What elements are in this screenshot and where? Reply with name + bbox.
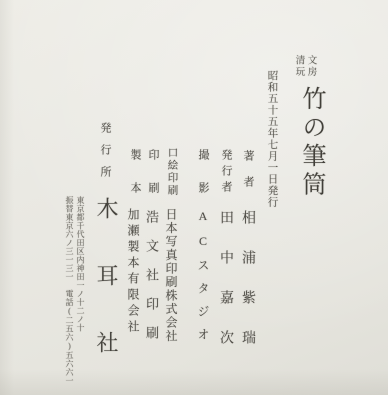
- book-colophon-page: 文房 清玩 竹の筆筒 昭和五十五年七月一日発行 著者 相浦紫瑞 発行者 田中嘉次…: [0, 0, 388, 395]
- colophon-value-binding: 加瀬製本有限会社: [127, 208, 139, 336]
- series-label-left: 清玩: [293, 55, 303, 78]
- colophon-label-publishing-house: 発行所: [99, 122, 110, 188]
- publisher-contact: 振替東京六ノ三一三一 電話(二五六)五六六一: [65, 196, 73, 385]
- publisher-address: 東京都千代田区内神田一ノ十二ノ十: [76, 196, 84, 332]
- colophon-value-author: 相浦紫瑞: [240, 210, 254, 370]
- book-title: 竹の筆筒: [299, 86, 323, 200]
- series-label-right: 文房: [305, 55, 315, 78]
- colophon-label-frontispiece-printing: 口絵印刷: [166, 147, 177, 197]
- colophon-value-publisher-person: 田中嘉次: [218, 210, 232, 370]
- colophon-label-publisher-person: 発行者: [220, 149, 231, 197]
- colophon-value-publishing-house: 木耳社: [95, 197, 117, 395]
- colophon-label-printing: 印刷: [147, 149, 158, 215]
- colophon-label-author: 著者: [242, 150, 253, 202]
- colophon-value-printing: 浩文社印刷: [145, 210, 158, 355]
- colophon-label-photography: 撮影: [197, 149, 208, 215]
- publication-date: 昭和五十五年七月一日発行: [266, 70, 277, 208]
- colophon-value-photography: ACスタジオ: [197, 209, 209, 351]
- colophon-value-frontispiece-printing: 日本写真印刷株式会社: [165, 208, 177, 343]
- colophon-label-binding: 製本: [129, 149, 140, 215]
